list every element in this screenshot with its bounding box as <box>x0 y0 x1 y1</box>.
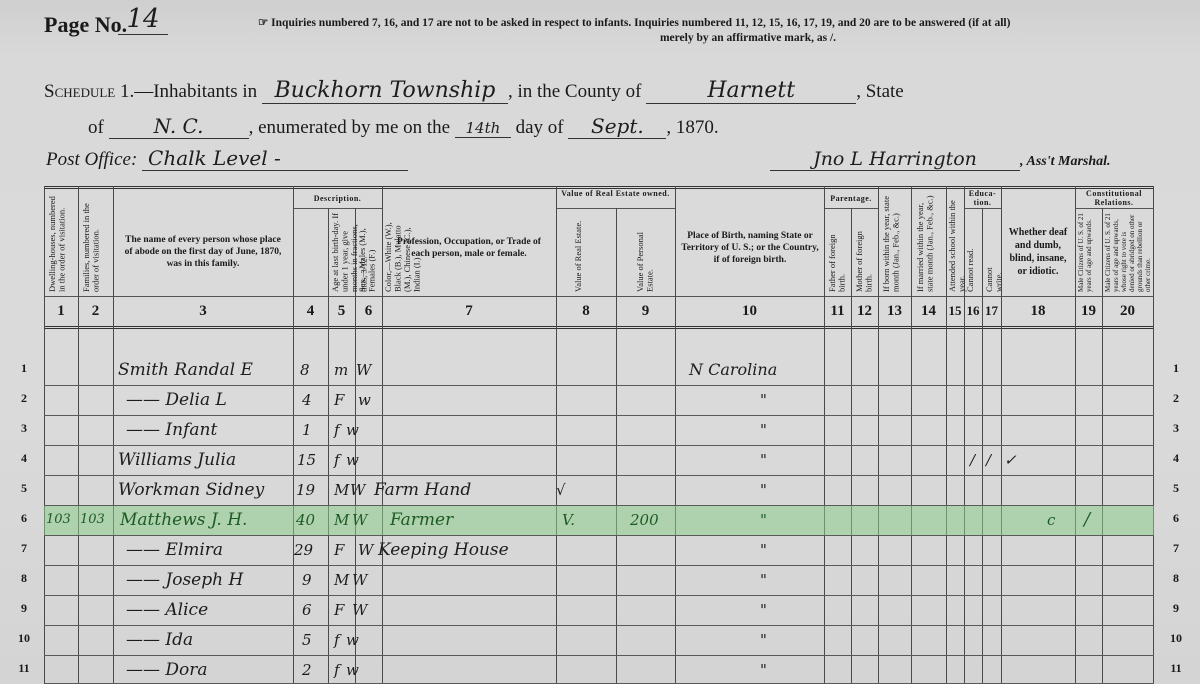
day-of-label: day of <box>516 117 564 138</box>
dwelling-cell <box>44 535 78 565</box>
colnum-2: 2 <box>78 299 113 323</box>
name-cell: —— Delia L <box>126 385 227 415</box>
row-divider <box>44 565 1154 566</box>
table-row: Workman Sidney 19 M W Farm Hand √ " <box>44 475 1154 505</box>
dwelling-cell <box>44 655 78 684</box>
row-divider <box>44 535 1154 536</box>
group-description: Description. <box>293 194 382 203</box>
age-cell: 29 <box>294 535 313 565</box>
marshal-signature: Jno L Harrington <box>770 148 1020 171</box>
table-row: —— Elmira 29 F W Keeping House " <box>44 535 1154 565</box>
colnum-16: 16 <box>964 299 982 323</box>
line-number-right: 7 <box>1164 541 1188 556</box>
color-cell: w <box>358 385 371 415</box>
line-number-right: 10 <box>1164 631 1188 646</box>
sex-cell: F <box>334 385 344 415</box>
header-col-18: Whether deaf and dumb, blind, insane, or… <box>1005 226 1071 278</box>
line-number-left: 5 <box>12 481 36 496</box>
birthplace-cell: " <box>760 565 767 595</box>
age-cell: 1 <box>302 415 312 445</box>
age-cell: 6 <box>302 595 312 625</box>
name-cell: —— Joseph H <box>126 565 243 595</box>
color-cell: W <box>356 355 371 385</box>
state-label: , State <box>856 81 904 102</box>
line-number-left: 7 <box>12 541 36 556</box>
census-page: Page No. 14 ☞ Inquiries numbered 7, 16, … <box>0 0 1200 684</box>
dwelling-cell: 103 <box>46 505 80 535</box>
age-cell: 4 <box>302 385 312 415</box>
name-cell: —— Infant <box>126 415 217 445</box>
name-cell: Williams Julia <box>118 445 236 475</box>
enumeration-line: of N. C., enumerated by me on the 14th d… <box>88 114 1088 139</box>
description-group-line <box>293 208 382 209</box>
line-number-right: 8 <box>1164 571 1188 586</box>
table-row: —— Infant 1 f w " <box>44 415 1154 445</box>
constitutional-group-line <box>1075 208 1153 209</box>
header-col-15: Attended school within the year. <box>948 194 962 292</box>
line-number-right: 4 <box>1164 451 1188 466</box>
age-cell: 19 <box>296 475 315 505</box>
of-label: of <box>88 117 104 138</box>
colnum-13: 13 <box>878 299 911 323</box>
real-estate-cell: √ <box>556 475 566 505</box>
sex-cell: F <box>334 595 344 625</box>
header-bottom-line <box>44 296 1154 297</box>
header-col-3: The name of every person whose place of … <box>123 234 283 270</box>
year-label: , 1870. <box>666 117 718 138</box>
header-col-8: Value of Real Estate. <box>574 216 594 292</box>
family-cell <box>78 475 113 505</box>
colnum-12: 12 <box>851 299 878 323</box>
male-citizen-cell: / <box>1084 505 1090 535</box>
colnum-4: 4 <box>293 299 328 323</box>
dwelling-cell <box>44 415 78 445</box>
group-real-estate: Value of Real Estate owned. <box>556 189 675 198</box>
sex-cell: f <box>334 415 340 445</box>
dwelling-cell <box>44 445 78 475</box>
colnum-1: 1 <box>44 299 78 323</box>
cannot-read-cell: / <box>970 445 975 475</box>
header-col-1: Dwelling-houses, numbered in the order o… <box>48 192 74 292</box>
table-row: —— Ida 5 f w " <box>44 625 1154 655</box>
name-cell: —— Dora <box>126 655 208 684</box>
family-cell <box>78 565 113 595</box>
birthplace-cell: N Carolina <box>689 355 777 385</box>
post-office-label: Post Office: <box>46 149 137 170</box>
row-divider <box>44 655 1154 656</box>
colnum-11: 11 <box>824 299 851 323</box>
row-divider <box>44 595 1154 596</box>
color-cell: W <box>358 535 373 565</box>
birthplace-cell: " <box>760 445 767 475</box>
county-label: , in the County of <box>508 81 642 102</box>
marshal-line: Jno L Harrington, Ass't Marshal. <box>770 148 1170 171</box>
occupation-cell: Keeping House <box>378 535 509 565</box>
header-col-17: Cannot write. <box>985 246 999 292</box>
line-number-left: 11 <box>12 661 36 676</box>
birthplace-cell: " <box>760 625 767 655</box>
line-number-left: 10 <box>12 631 36 646</box>
colnum-7: 7 <box>382 299 556 323</box>
line-number-left: 9 <box>12 601 36 616</box>
color-cell: W <box>352 505 367 535</box>
row-divider <box>44 385 1154 386</box>
colnum-3: 3 <box>113 299 293 323</box>
census-table: Description. Value of Real Estate owned.… <box>44 186 1154 684</box>
colnum-5: 5 <box>328 299 355 323</box>
month-field: Sept. <box>568 114 666 139</box>
colnum-20: 20 <box>1102 299 1153 323</box>
page-number-value: 14 <box>118 4 168 35</box>
family-cell <box>78 625 113 655</box>
name-cell: Workman Sidney <box>118 475 264 505</box>
occupation-cell: Farm Hand <box>374 475 471 505</box>
day-field: 14th <box>455 119 511 138</box>
family-cell <box>78 385 113 415</box>
dwelling-cell <box>44 385 78 415</box>
family-cell: 103 <box>80 505 115 535</box>
family-cell <box>78 415 113 445</box>
colnum-8: 8 <box>556 299 616 323</box>
age-cell: 9 <box>302 565 312 595</box>
group-constitutional: Constitutional Relations. <box>1075 189 1153 207</box>
occupation-cell: Farmer <box>390 505 453 535</box>
name-cell: —— Alice <box>126 595 208 625</box>
name-cell: Smith Randal E <box>118 355 253 385</box>
township-field: Buckhorn Township <box>262 78 508 104</box>
birthplace-cell: " <box>760 475 767 505</box>
state-field: N. C. <box>109 114 249 139</box>
name-cell: Matthews J. H. <box>120 505 247 535</box>
birthplace-cell: " <box>760 595 767 625</box>
sex-cell: M <box>334 475 349 505</box>
post-office-field: Chalk Level - <box>142 146 408 171</box>
color-cell: W <box>352 595 367 625</box>
colnum-15: 15 <box>946 299 964 323</box>
color-cell: w <box>346 445 359 475</box>
header-col-11: Father of foreign birth. <box>828 216 848 292</box>
table-row: —— Alice 6 F W " <box>44 595 1154 625</box>
page-number-label: Page No. <box>44 12 127 38</box>
sex-cell: f <box>334 625 340 655</box>
line-number-right: 5 <box>1164 481 1188 496</box>
color-cell: W <box>350 475 365 505</box>
table-row: —— Delia L 4 F w " <box>44 385 1154 415</box>
row-divider <box>44 505 1154 506</box>
table-row-highlighted[interactable]: 103 103 Matthews J. H. 40 M W Farmer V. … <box>44 505 1154 535</box>
row-divider <box>44 445 1154 446</box>
row-divider <box>44 475 1154 476</box>
table-row: —— Joseph H 9 M W " <box>44 565 1154 595</box>
line-number-left: 8 <box>12 571 36 586</box>
sex-cell: f <box>334 445 340 475</box>
header-col-10: Place of Birth, naming State or Territor… <box>680 230 820 266</box>
instructions-notice: ☞ Inquiries numbered 7, 16, and 17 are n… <box>258 16 1158 46</box>
age-cell: 8 <box>300 355 310 385</box>
schedule-text: —Inhabitants in <box>134 81 257 102</box>
line-number-left: 2 <box>12 391 36 406</box>
line-number-right: 3 <box>1164 421 1188 436</box>
enumerated-label: , enumerated by me on the <box>249 117 451 138</box>
color-cell: W <box>352 565 367 595</box>
header-col-2: Families, numbered in the order of visit… <box>82 192 108 292</box>
header-col-7: Profession, Occupation, or Trade of each… <box>392 236 546 260</box>
county-field: Harnett <box>646 78 856 104</box>
line-number-left: 4 <box>12 451 36 466</box>
cannot-write-cell: / <box>986 445 991 475</box>
sex-cell: F <box>334 535 344 565</box>
birthplace-cell: " <box>760 505 767 535</box>
header-col-16: Cannot read. <box>966 246 980 292</box>
sex-cell: M <box>334 505 349 535</box>
colnum-6: 6 <box>355 299 382 323</box>
line-number-left: 6 <box>12 511 36 526</box>
color-cell: w <box>346 415 359 445</box>
line-number-right: 2 <box>1164 391 1188 406</box>
name-cell: —— Ida <box>126 625 193 655</box>
personal-estate-cell: 200 <box>630 505 659 535</box>
family-cell <box>78 355 113 385</box>
colnum-9: 9 <box>616 299 675 323</box>
table-row: —— Dora 2 f w " <box>44 655 1154 684</box>
line-number-right: 9 <box>1164 601 1188 616</box>
deaf-blind-cell: c <box>1047 505 1055 535</box>
age-cell: 15 <box>297 445 316 475</box>
color-cell: w <box>346 655 359 684</box>
header-col-9: Value of Personal Estate. <box>636 216 656 292</box>
group-education: Educa-tion. <box>964 189 1001 207</box>
marshal-label: , Ass't Marshal. <box>1020 154 1111 169</box>
colnum-bottom-line <box>44 326 1154 329</box>
line-number-right: 6 <box>1164 511 1188 526</box>
line-number-right: 11 <box>1164 661 1188 676</box>
header-col-12: Mother of foreign birth. <box>855 216 875 292</box>
header-col-19: Male Citizens of U. S. of 21 years of ag… <box>1077 212 1101 292</box>
colnum-14: 14 <box>911 299 946 323</box>
birthplace-cell: " <box>760 655 767 684</box>
birthplace-cell: " <box>760 415 767 445</box>
header-col-13: If born within the year, state month (Ja… <box>882 194 908 292</box>
deaf-blind-cell: ✓ <box>1004 445 1017 475</box>
age-cell: 2 <box>302 655 312 684</box>
real-estate-cell: V. <box>562 505 575 535</box>
header-col-5: Sex.—Males (M.), Females (F.) <box>358 212 380 292</box>
family-cell <box>78 655 113 684</box>
age-cell: 40 <box>296 505 315 535</box>
colnum-19: 19 <box>1075 299 1102 323</box>
age-cell: 5 <box>302 625 312 655</box>
line-number-right: 1 <box>1164 361 1188 376</box>
sex-cell: m <box>334 355 348 385</box>
line-number-left: 3 <box>12 421 36 436</box>
row-divider <box>44 625 1154 626</box>
table-row: Smith Randal E 8 m W N Carolina <box>44 355 1154 385</box>
sex-cell: f <box>334 655 340 684</box>
dwelling-cell <box>44 475 78 505</box>
header-col-20: Male Citizens of U. S. of 21 years of ag… <box>1104 212 1150 292</box>
notice-line-1: ☞ Inquiries numbered 7, 16, and 17 are n… <box>258 17 1010 29</box>
dwelling-cell <box>44 625 78 655</box>
colnum-10: 10 <box>675 299 824 323</box>
schedule-line: Schedule 1.—Inhabitants in Buckhorn Town… <box>44 78 1154 104</box>
table-row: Williams Julia 15 f w " / / ✓ <box>44 445 1154 475</box>
group-parentage: Parentage. <box>824 194 878 203</box>
family-cell <box>78 595 113 625</box>
dwelling-cell <box>44 595 78 625</box>
birthplace-cell: " <box>760 385 767 415</box>
dwelling-cell <box>44 355 78 385</box>
line-number-left: 1 <box>12 361 36 376</box>
colnum-18: 18 <box>1001 299 1075 323</box>
family-cell <box>78 535 113 565</box>
sex-cell: M <box>334 565 349 595</box>
name-cell: —— Elmira <box>126 535 223 565</box>
row-divider <box>44 415 1154 416</box>
schedule-label: Schedule 1. <box>44 81 134 102</box>
dwelling-cell <box>44 565 78 595</box>
notice-line-2: merely by an affirmative mark, as /. <box>258 31 1158 46</box>
family-cell <box>78 445 113 475</box>
color-cell: w <box>346 625 359 655</box>
header-col-14: If married within the year, state month … <box>916 194 942 292</box>
colnum-17: 17 <box>982 299 1001 323</box>
birthplace-cell: " <box>760 535 767 565</box>
